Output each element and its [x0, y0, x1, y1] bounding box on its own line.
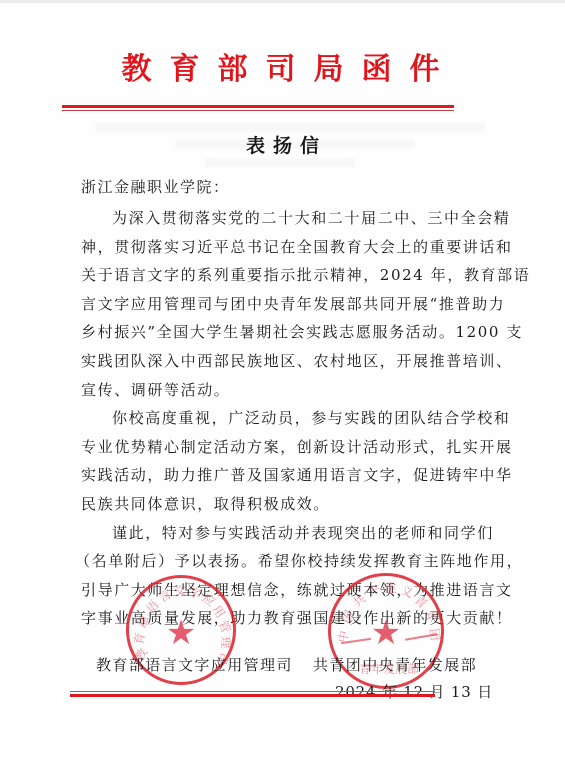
page-top-edge	[0, 0, 565, 3]
bleed-through-shadow	[205, 158, 355, 167]
letterhead-rule-thin	[62, 110, 454, 111]
seal-arc-char: 理	[217, 636, 235, 649]
text-line: （名单附后）予以表扬。希望你校持续发挥教育主阵地作用，	[81, 547, 489, 576]
footer-rule-thin	[70, 691, 435, 692]
text-line: 言文字应用管理司与团中央青年发展部共同开展“推普助力	[81, 290, 489, 319]
text-line: 关于语言文字的系列重要指示批示精神，2024 年，教育部语	[81, 261, 489, 290]
seal-arc-char: 文	[173, 582, 186, 600]
text-line: 乡村振兴”全国大学生暑期社会实践志愿服务活动。1200 支	[81, 318, 489, 347]
seal-arc-char: 言	[156, 585, 174, 605]
seal-arc-char: 产	[367, 581, 384, 601]
signatory-left: 教育部语言文字应用管理司	[96, 654, 293, 675]
text-line: 谨此，特对参与实践活动并表现突出的老师和同学们	[81, 519, 489, 548]
document-page: 教育部司局函件 表扬信 浙江金融职业学院： 为深入贯彻落实党的二十大和二十届二中…	[0, 0, 565, 760]
paragraph: 你校高度重视，广泛动员，参与实践的团队结合学校和 专业优势精心制定活动方案，创新…	[81, 404, 489, 518]
document-title: 表扬信	[0, 131, 565, 158]
seal-arc-char: 青	[411, 591, 431, 612]
text-line: 宣传、调研等活动。	[81, 376, 489, 405]
letterhead-masthead: 教育部司局函件	[0, 46, 565, 94]
text-line: 民族共同体意识，取得积极成效。	[81, 490, 489, 519]
text-line: 专业优势精心制定活动方案，创新设计活动形式，扎实开展	[81, 433, 489, 462]
salutation: 浙江金融职业学院：	[81, 176, 230, 197]
footer-rule-thick	[70, 694, 435, 697]
seal-arc-char: 共	[349, 590, 369, 611]
seal-arc-char: 团	[426, 627, 445, 641]
seal-arc-char: 义	[398, 581, 415, 601]
signatory-right: 共青团中央青年发展部	[313, 654, 477, 675]
paragraph: 为深入贯彻落实党的二十大和二十届二中、三中全会精 神，贯彻落实习近平总书记在全国…	[81, 204, 489, 404]
text-line: 实践团队深入中西部民族地区、农村地区，开展推普培训、	[81, 347, 489, 376]
letterhead-rule-thick	[62, 105, 454, 108]
text-line: 你校高度重视，广泛动员，参与实践的团队结合学校和	[81, 404, 489, 433]
text-line: 实践活动，助力推广普及国家通用语言文字，促进铸牢中华	[81, 461, 489, 490]
text-line: 神，贯彻落实习近平总书记在全国教育大会上的重要讲话和	[81, 233, 489, 262]
text-line: 为深入贯彻落实党的二十大和二十届二中、三中全会精	[81, 204, 489, 233]
seal-arc-char: 主	[385, 579, 397, 596]
letter-body: 为深入贯彻落实党的二十大和二十届二中、三中全会精 神，贯彻落实习近平总书记在全国…	[81, 204, 489, 633]
